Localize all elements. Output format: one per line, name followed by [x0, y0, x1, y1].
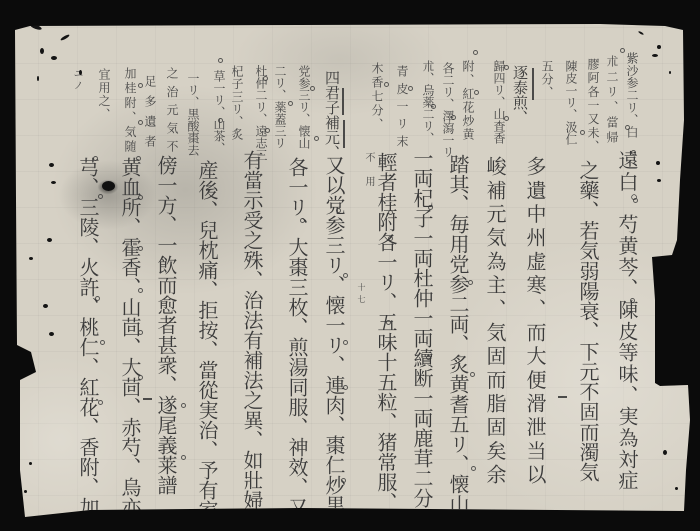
main-text-column: 芎、三陵、火許、桃仁、紅花、香附、加澤 — [78, 157, 98, 502]
circle-mark — [95, 296, 100, 301]
circle-mark — [631, 150, 636, 155]
wormhole-mark — [30, 23, 43, 31]
manuscript-page: ニノ 紫沙参二リ、白 朮二リ、當帰 膠阿各一又未、 陳皮一リ、汲仁 五分、 逐泰… — [0, 0, 700, 531]
wormhole-mark — [37, 76, 39, 81]
upper-note: 木香七分、 — [371, 62, 383, 130]
wormhole-mark — [49, 332, 54, 336]
circle-mark — [181, 455, 186, 460]
upper-note: 足多遺者 — [144, 75, 156, 147]
heading-sideline — [532, 68, 534, 100]
wormhole-mark — [638, 31, 644, 36]
circle-mark — [138, 288, 143, 293]
circle-mark — [580, 130, 585, 135]
circle-mark — [468, 280, 473, 285]
upper-note: 加桂附、気随 — [124, 67, 136, 152]
wormhole-mark — [29, 462, 32, 465]
upper-note: 各二リ、澤瀉一リ — [442, 62, 454, 150]
upper-note: 之治元気不 — [166, 67, 178, 152]
circle-mark — [388, 236, 393, 241]
upper-note: 五分、 — [541, 60, 553, 98]
upper-note: 二リ、薬蓋三リ — [274, 65, 286, 143]
wormhole-mark — [40, 48, 44, 54]
wormhole-mark — [79, 70, 82, 75]
wormhole-mark — [669, 71, 671, 74]
wormhole-mark — [652, 54, 658, 57]
upper-note: 陳皮一リ、汲仁 — [565, 60, 577, 145]
upper-note: 青皮一リ末 — [396, 65, 408, 147]
upper-note: 党参三リ、懐山 — [298, 65, 310, 147]
circle-mark — [431, 104, 436, 109]
circle-mark — [471, 466, 476, 471]
main-text-column: 傍一方、一飲而愈者甚衆、遂尾義莱譜 — [156, 155, 176, 495]
circle-mark — [343, 340, 348, 345]
circle-mark — [136, 156, 141, 161]
circle-mark — [100, 340, 105, 345]
circle-mark — [504, 65, 509, 70]
main-text-column: 之藥、若気弱陽衰、下元不固而濁気 — [578, 160, 598, 482]
ink-blot — [102, 181, 115, 191]
circle-mark — [386, 320, 391, 325]
circle-mark — [265, 128, 270, 133]
upper-note: 歸四リ、山査香 — [493, 60, 505, 137]
aside-sideline — [343, 120, 345, 148]
circle-mark — [300, 218, 305, 223]
wormhole-mark — [656, 161, 660, 165]
main-text-column: 峻補元気為主、気固而脂固矣余 — [485, 156, 505, 484]
circle-mark — [343, 273, 348, 278]
circle-mark — [138, 375, 143, 380]
section-heading: 逐泰煎、 — [512, 65, 527, 125]
upper-note: 杞子三リ、炙 — [231, 65, 243, 140]
wormhole-mark — [60, 34, 70, 42]
scan-background: ニノ 紫沙参二リ、白 朮二リ、當帰 膠阿各一又未、 陳皮一リ、汲仁 五分、 逐泰… — [0, 0, 700, 531]
section-aside-heading: 四君子補元、 — [324, 70, 339, 148]
upper-note: 朮二リ、當帰 — [606, 55, 618, 143]
circle-mark — [181, 403, 186, 408]
circle-mark — [341, 478, 346, 483]
main-text-column: 黄血所、霍香、山茴、大茴、赤芍、烏亦、川 — [120, 157, 140, 482]
circle-mark — [470, 372, 475, 377]
wormhole-mark — [24, 490, 27, 493]
circle-mark — [93, 156, 98, 161]
main-text-column: 産後、兒枕痛、拒按、當從実治、予有家 — [197, 160, 217, 500]
circle-mark — [138, 246, 143, 251]
wormhole-mark — [657, 45, 661, 49]
circle-mark — [426, 355, 431, 360]
circle-mark — [408, 86, 413, 91]
side-note: 十七 — [357, 283, 365, 303]
circle-mark — [98, 400, 103, 405]
circle-mark — [388, 210, 393, 215]
circle-mark — [504, 116, 509, 121]
wormhole-mark — [675, 487, 678, 490]
circle-mark — [98, 194, 103, 199]
upper-note: 朮、烏薬二リ、 — [422, 60, 434, 142]
circle-mark — [384, 82, 389, 87]
upper-note: 草一リ、山茶、 — [213, 70, 225, 142]
circle-mark — [474, 90, 479, 95]
upper-note: 附、紅花炒黄 — [462, 60, 474, 140]
upper-note: 膠阿各一又未、 — [587, 58, 599, 152]
main-text-column: 踏其、毎用党参二両、炙黄耆五リ、懐山 — [448, 154, 468, 484]
wormhole-mark — [43, 304, 48, 308]
wormhole-mark — [663, 450, 667, 455]
circle-mark — [428, 205, 433, 210]
wormhole-mark — [47, 238, 52, 242]
wormhole-mark — [51, 56, 57, 60]
wormhole-mark — [51, 181, 56, 184]
side-note: 不用 — [363, 152, 373, 186]
main-text-column: 一両杞子一両杜仲一両續断一両鹿茸二分 — [412, 148, 432, 496]
aside-sideline — [342, 88, 344, 115]
wormhole-mark — [657, 179, 661, 182]
circle-mark — [138, 120, 143, 125]
dash-mark — [143, 398, 152, 400]
main-text-column: 有當示受之殊、治法有補法之異、如壯婦 — [242, 150, 262, 495]
circle-mark — [473, 50, 478, 55]
circle-mark — [620, 48, 625, 53]
main-text-column: 各一リ、大棗三枚、煎湯同服、神效、又婦人 — [287, 157, 307, 482]
circle-mark — [138, 330, 143, 335]
circle-mark — [138, 195, 143, 200]
circle-mark — [310, 86, 315, 91]
circle-mark — [625, 125, 630, 130]
dash-mark — [558, 396, 567, 398]
wormhole-mark — [29, 257, 33, 260]
main-text-column: 又以党参三リ、懐一リ、連肉、棗仁炒黒、茯苓 — [324, 155, 344, 500]
circle-mark — [633, 198, 638, 203]
circle-mark — [218, 58, 223, 63]
upper-note: 一リ、黒酸棗去 — [187, 72, 199, 147]
circle-mark — [263, 76, 268, 81]
circle-mark — [314, 136, 319, 141]
upper-note: 宜用之、 — [98, 68, 110, 120]
circle-mark — [451, 115, 456, 120]
circle-mark — [288, 101, 293, 106]
main-text-column: 多遺中州虚寒、而大便滑泄当以 — [525, 156, 545, 484]
circle-mark — [138, 83, 143, 88]
circle-mark — [343, 385, 348, 390]
circle-mark — [630, 298, 635, 303]
circle-mark — [336, 208, 341, 213]
circle-mark — [218, 118, 223, 123]
wormhole-mark — [49, 163, 54, 167]
